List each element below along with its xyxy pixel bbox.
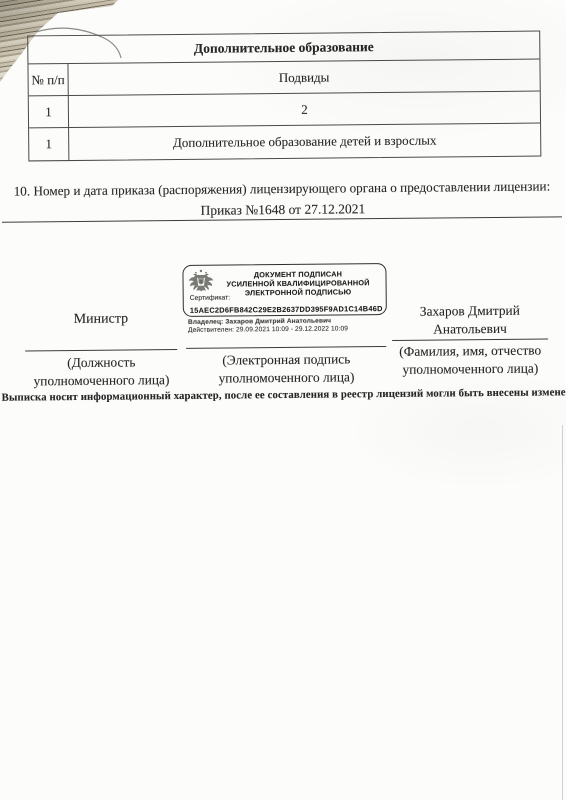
esign-signature-line — [186, 346, 386, 349]
column-header-subtypes: Подвиды — [69, 67, 540, 88]
stamp-title: ДОКУМЕНТ ПОДПИСАН УСИЛЕННОЙ КВАЛИФИЦИРОВ… — [214, 267, 381, 298]
certificate-owner: Владелец: Захаров Дмитрий Анатольевич — [188, 318, 331, 326]
table-title-text: Дополнительное образование — [194, 39, 374, 57]
table-header-row: № п/п Подвиды — [28, 59, 539, 96]
cell-row-value: 2 — [69, 99, 540, 120]
column-header-num: № п/п — [28, 64, 68, 95]
cell-row-value: Дополнительное образование детей и взрос… — [69, 132, 540, 153]
name-signature-line — [392, 338, 548, 340]
table-row: 1 Дополнительное образование детей и взр… — [29, 123, 540, 161]
table-row: 1 2 — [29, 91, 540, 128]
name-caption: (Фамилия, имя, отчество уполномоченного … — [386, 341, 554, 379]
double-headed-eagle-icon — [187, 269, 214, 296]
certificate-number: 15AEC2D6FB842C29E2B2637DD395F9AD1C14B46D — [190, 304, 383, 315]
e-signature-stamp: ДОКУМЕНТ ПОДПИСАН УСИЛЕННОЙ КВАЛИФИЦИРОВ… — [182, 263, 386, 317]
esign-caption: (Электронная подпись уполномоченного лиц… — [186, 350, 386, 388]
esign-caption-line2: уполномоченного лица) — [186, 368, 386, 388]
signatory-position: Министр — [26, 311, 176, 328]
esign-caption-line1: (Электронная подпись — [186, 350, 386, 370]
signatory-name-line2: Анатольевич — [391, 319, 549, 339]
stamp-header: ДОКУМЕНТ ПОДПИСАН УСИЛЕННОЙ КВАЛИФИЦИРОВ… — [183, 264, 385, 298]
position-caption-line2: уполномоченного лица) — [16, 371, 186, 391]
stamp-title-line3: ЭЛЕКТРОННОЙ ПОДПИСЬЮ — [215, 287, 382, 298]
signatory-name: Захаров Дмитрий Анатольевич — [391, 301, 549, 339]
position-caption: (Должность уполномоченного лица) — [16, 353, 186, 391]
certificate-validity: Действителен: 29.09.2021 10:09 - 29.12.2… — [188, 325, 348, 334]
cell-row-num: 1 — [29, 96, 69, 127]
license-table: Дополнительное образование № п/п Подвиды… — [27, 31, 541, 162]
position-caption-line1: (Должность — [16, 353, 186, 373]
position-signature-line — [25, 349, 177, 351]
name-caption-line1: (Фамилия, имя, отчество — [386, 341, 554, 361]
document-content: Дополнительное образование № п/п Подвиды… — [0, 0, 566, 800]
scan-edge-artifact — [562, 425, 563, 800]
cell-row-num: 1 — [29, 128, 69, 160]
signatory-name-line1: Захаров Дмитрий — [391, 301, 549, 321]
scanned-document-page: Дополнительное образование № п/п Подвиды… — [0, 0, 566, 800]
clause-10-label: 10. Номер и дата приказа (распоряжения) … — [14, 178, 551, 199]
name-caption-line2: уполномоченного лица) — [386, 359, 554, 379]
certificate-label: Сертификат: — [190, 295, 230, 302]
